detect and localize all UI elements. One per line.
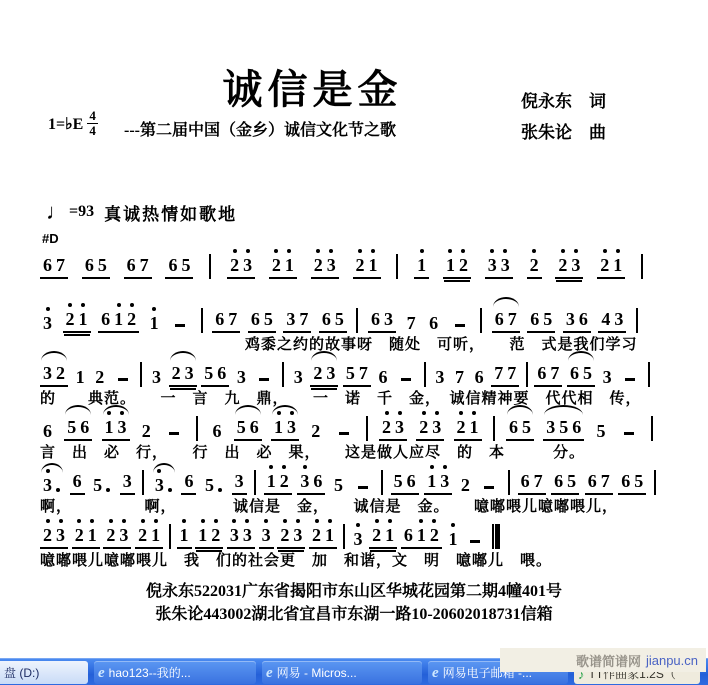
- note-digit: 2: [41, 526, 54, 545]
- octave-dot: [46, 307, 50, 311]
- note-group: 3: [291, 368, 306, 387]
- address-line-1: 倪永东522031广东省揭阳市东山区华城花园第二期4幢401号: [0, 580, 708, 603]
- note-digit: 3: [351, 530, 364, 549]
- note-digit: 6: [577, 310, 590, 329]
- address-line-2: 张朱论443002湖北省宜昌市东湖一路10-20602018731信箱: [0, 603, 708, 626]
- note-digit: 7: [453, 368, 466, 387]
- duration-dash: [624, 432, 634, 435]
- note-digit: 6: [507, 418, 520, 437]
- note-digit: 5: [632, 472, 645, 491]
- note-digit: 7: [405, 314, 418, 333]
- time-signature: 4 4: [87, 110, 98, 137]
- octave-dot: [420, 249, 424, 253]
- note-line: 32123235633235763767767653: [40, 363, 652, 387]
- octave-dot: [435, 411, 439, 415]
- note-group: [253, 378, 275, 387]
- note-digit: 6: [619, 472, 632, 491]
- duration-dash: [169, 432, 179, 435]
- note-digit: 1: [367, 256, 380, 275]
- duration-dash: [259, 378, 269, 381]
- time-signature-bottom: 4: [89, 124, 96, 137]
- lyric-line: 噫嘟喂儿噫嘟喂儿 我 们的社会更 加 和谐，文 明 噫嘟儿 喂。: [40, 553, 658, 570]
- note-group: [478, 486, 500, 495]
- octave-dot: [68, 303, 72, 307]
- note-group: [333, 432, 355, 441]
- barline: [508, 470, 510, 495]
- note-digit: 7: [548, 364, 561, 383]
- octave-dot: [117, 303, 121, 307]
- note-digit: 6: [125, 256, 138, 275]
- note-group: 6: [40, 422, 55, 441]
- note-digit: 2: [311, 364, 324, 383]
- barline: [636, 308, 638, 333]
- note-digit: 2: [598, 256, 611, 275]
- octave-dot: [122, 519, 126, 523]
- note-digit: 2: [309, 422, 322, 441]
- note-digit: 6: [166, 256, 179, 275]
- octave-dot: [107, 411, 111, 415]
- note-digit: 2: [140, 422, 153, 441]
- note-group: 65: [506, 418, 534, 441]
- note-digit: 1: [323, 526, 336, 545]
- note-digit: 1: [148, 314, 161, 333]
- note-group: 21: [597, 256, 625, 279]
- note-group: 3: [259, 526, 274, 549]
- octave-dot: [432, 519, 436, 523]
- octave-dot: [90, 519, 94, 523]
- note-group: 36: [563, 310, 591, 333]
- song-subtitle: ---第二届中国（金乡）诚信文化节之歌: [124, 117, 396, 140]
- quarter-note-icon: ♩: [46, 199, 68, 225]
- octave-dot: [398, 411, 402, 415]
- note-group: 7: [452, 368, 467, 387]
- octave-dot: [329, 249, 333, 253]
- note-digit: 2: [170, 364, 183, 383]
- note-group: [395, 378, 417, 387]
- note-group: 5: [594, 422, 609, 441]
- watermark-site-name: 歌谱简谱网: [576, 651, 641, 670]
- octave-dot: [296, 519, 300, 523]
- octave-dot: [388, 519, 392, 523]
- octave-dot: [448, 249, 452, 253]
- octave-dot: [419, 519, 423, 523]
- note-group: [163, 432, 185, 441]
- note-digit: 5: [65, 418, 78, 437]
- note-digit: 1: [283, 256, 296, 275]
- note-group: [464, 540, 486, 549]
- note-group: 612: [401, 526, 442, 549]
- key-signature: 1=♭E 4 4: [48, 110, 98, 137]
- note-group: 37: [283, 310, 311, 333]
- octave-dot: [356, 523, 360, 527]
- barline: [641, 254, 643, 279]
- note-digit: 1: [77, 310, 90, 329]
- note-digit: 7: [505, 364, 518, 383]
- note-digit: 2: [93, 368, 106, 387]
- note-group: 32: [40, 364, 68, 387]
- note-digit: 6: [83, 256, 96, 275]
- duration-dash: [455, 324, 465, 327]
- note-digit: 3: [499, 256, 512, 275]
- note-digit: 3: [486, 256, 499, 275]
- note-group: 21: [72, 526, 100, 549]
- note-digit: 1: [103, 418, 116, 437]
- octave-dot: [245, 519, 249, 523]
- octave-dot: [561, 249, 565, 253]
- taskbar-button-label: hao123--我的...: [109, 664, 191, 681]
- augmentation-dot: [168, 488, 172, 492]
- score-body: #D 6765676523212321112332232132161216765…: [40, 231, 658, 570]
- note-group: 6: [426, 314, 441, 333]
- note-digit: 6: [586, 472, 599, 491]
- note-group: 5: [90, 476, 114, 495]
- note-digit: 5: [581, 364, 594, 383]
- note-group: 2: [458, 476, 473, 495]
- note-digit: 1: [447, 530, 460, 549]
- note-digit: 4: [599, 310, 612, 329]
- note-digit: 1: [425, 472, 438, 491]
- note-group: 5: [331, 476, 346, 495]
- note-digit: 1: [415, 256, 428, 275]
- note-digit: 6: [41, 422, 54, 441]
- duration-dash: [484, 486, 494, 489]
- note-digit: 3: [544, 418, 557, 437]
- octave-dot: [141, 519, 145, 523]
- note-group: 21: [63, 310, 91, 333]
- note-digit: 6: [427, 314, 440, 333]
- note-group: 21: [369, 526, 397, 549]
- lyric-line: 言 出 必 行， 行 出 必 果， 这是做人应尽 的 本 分。: [40, 445, 658, 462]
- taskbar-button-1[interactable]: 盘 (D:): [0, 661, 88, 684]
- taskbar-button-2[interactable]: ehao123--我的...: [94, 661, 256, 684]
- note-group: 1: [414, 256, 429, 279]
- note-digit: 3: [228, 526, 241, 545]
- note-group: [112, 378, 134, 387]
- octave-dot: [152, 307, 156, 311]
- octave-dot: [443, 465, 447, 469]
- duration-dash: [339, 432, 349, 435]
- note-digit: 1: [272, 418, 285, 437]
- note-line: 2321232111233323213216121: [40, 525, 502, 549]
- barline: [396, 254, 398, 279]
- note-digit: 5: [565, 472, 578, 491]
- note-digit: 3: [116, 418, 129, 437]
- note-group: 23: [227, 256, 255, 279]
- note-line: 67656765232123211123322321: [40, 255, 645, 279]
- octave-dot: [430, 465, 434, 469]
- note-group: 13: [424, 472, 452, 495]
- barline: [196, 416, 198, 441]
- note-digit: 6: [320, 310, 333, 329]
- note-digit: 7: [599, 472, 612, 491]
- note-digit: 3: [241, 256, 254, 275]
- note-digit: 5: [333, 310, 346, 329]
- note-digit: 5: [541, 310, 554, 329]
- barline: [651, 416, 653, 441]
- note-group: 3: [152, 476, 176, 495]
- note-digit: 7: [138, 256, 151, 275]
- note-group: 12: [264, 472, 292, 495]
- composer-credit: 张朱论 曲: [521, 117, 606, 148]
- note-group: 67: [534, 364, 562, 387]
- note-group: 43: [598, 310, 626, 333]
- time-signature-top: 4: [87, 110, 98, 124]
- note-group: 6: [376, 368, 391, 387]
- note-group: 65: [527, 310, 555, 333]
- note-digit: 3: [150, 368, 163, 387]
- octave-dot: [269, 465, 273, 469]
- octave-dot: [358, 249, 362, 253]
- note-group: 65: [567, 364, 595, 387]
- note-group: 3: [234, 368, 249, 387]
- note-digit: 2: [228, 256, 241, 275]
- note-digit: 3: [117, 526, 130, 545]
- note-digit: 7: [492, 364, 505, 383]
- note-digit: 6: [311, 472, 324, 491]
- ie-icon: e: [98, 666, 105, 680]
- taskbar-button-label: 盘 (D:): [4, 664, 39, 681]
- note-digit: 6: [568, 364, 581, 383]
- barline: [169, 524, 171, 549]
- note-group: 23: [555, 256, 583, 279]
- note-digit: 6: [211, 422, 224, 441]
- note-digit: 3: [324, 364, 337, 383]
- note-digit: 6: [182, 472, 195, 491]
- final-barline: [492, 524, 500, 549]
- note-digit: 1: [74, 368, 87, 387]
- note-group: 65: [248, 310, 276, 333]
- note-group: 3: [232, 472, 247, 495]
- note-digit: 3: [393, 418, 406, 437]
- barline: [526, 362, 528, 387]
- note-group: 21: [454, 418, 482, 441]
- note-group: [618, 432, 640, 441]
- note-digit: 1: [468, 418, 481, 437]
- octave-dot: [120, 411, 124, 415]
- note-group: 5: [202, 476, 226, 495]
- note-digit: 7: [297, 310, 310, 329]
- note-group: 23: [277, 526, 305, 549]
- note-group: 356: [543, 418, 584, 441]
- note-digit: 2: [528, 256, 541, 275]
- octave-dot: [201, 519, 205, 523]
- note-digit: 2: [136, 526, 149, 545]
- tempo-value: =93: [69, 203, 94, 221]
- octave-dot: [616, 249, 620, 253]
- note-digit: 2: [380, 418, 393, 437]
- note-digit: 1: [196, 526, 209, 545]
- note-digit: 3: [292, 368, 305, 387]
- barline: [201, 308, 203, 333]
- octave-dot: [264, 519, 268, 523]
- note-digit: 2: [556, 256, 569, 275]
- note-group: 21: [135, 526, 163, 549]
- note-digit: 5: [262, 310, 275, 329]
- note-group: 67: [585, 472, 613, 495]
- note-digit: 3: [241, 526, 254, 545]
- note-digit: 6: [369, 310, 382, 329]
- note-digit: 1: [383, 526, 396, 545]
- note-group: 6: [210, 422, 225, 441]
- note-group: 23: [103, 526, 131, 549]
- note-digit: 2: [459, 476, 472, 495]
- note-digit: 6: [99, 310, 112, 329]
- note-group: 1: [73, 368, 88, 387]
- expression-text: 真诚热情如歌地: [104, 200, 237, 225]
- note-digit: 6: [71, 472, 84, 491]
- note-digit: 2: [312, 256, 325, 275]
- lyric-line: 啊， 啊， 诚信是 金， 诚信是 金。 噫嘟喂儿噫嘟喂儿，: [40, 499, 658, 516]
- note-digit: 3: [433, 368, 446, 387]
- note-digit: 2: [457, 256, 470, 275]
- note-group: [449, 324, 471, 333]
- note-line: 321612167653765637667653643: [40, 309, 640, 333]
- duration-dash: [358, 486, 368, 489]
- lyric-line: 鸡黍之约的故事呀 随处 可听， 范 式是我们学习: [245, 337, 658, 354]
- note-line: 656132656132232321653565: [40, 417, 655, 441]
- barline: [140, 362, 142, 387]
- barline: [424, 362, 426, 387]
- note-digit: 5: [235, 418, 248, 437]
- note-group: 2: [139, 422, 154, 441]
- note-digit: 2: [278, 526, 291, 545]
- duration-dash: [470, 540, 480, 543]
- octave-dot: [490, 249, 494, 253]
- octave-dot: [316, 249, 320, 253]
- note-group: 63: [368, 310, 396, 333]
- note-digit: 2: [73, 526, 86, 545]
- note-group: 67: [518, 472, 546, 495]
- ie-icon: e: [432, 666, 439, 680]
- note-digit: 1: [112, 310, 125, 329]
- key-text: 1=♭E: [48, 114, 83, 134]
- octave-dot: [77, 519, 81, 523]
- note-digit: 7: [532, 472, 545, 491]
- note-group: 23: [169, 364, 197, 387]
- note-digit: 3: [438, 472, 451, 491]
- note-digit: 6: [528, 310, 541, 329]
- note-group: 12: [443, 256, 471, 279]
- note-digit: 2: [354, 256, 367, 275]
- ie-icon: e: [266, 666, 273, 680]
- octave-dot: [303, 465, 307, 469]
- note-group: 23: [310, 364, 338, 387]
- octave-dot: [130, 303, 134, 307]
- note-digit: 1: [86, 526, 99, 545]
- note-group: 65: [551, 472, 579, 495]
- barline: [343, 524, 345, 549]
- barline: [282, 362, 284, 387]
- octave-dot: [46, 469, 50, 473]
- taskbar-button-3[interactable]: e网易 - Micros...: [262, 661, 422, 684]
- note-group: 3: [350, 530, 365, 549]
- note-group: 6: [181, 472, 196, 495]
- note-digit: 5: [520, 418, 533, 437]
- note-digit: 2: [125, 310, 138, 329]
- barline: [142, 470, 144, 495]
- note-digit: 5: [595, 422, 608, 441]
- note-digit: 3: [564, 310, 577, 329]
- octave-dot: [459, 411, 463, 415]
- duration-dash: [175, 324, 185, 327]
- note-digit: 5: [202, 364, 215, 383]
- octave-dot: [232, 519, 236, 523]
- note-digit: 1: [415, 526, 428, 545]
- note-digit: 3: [41, 364, 54, 383]
- note-group: 65: [618, 472, 646, 495]
- note-digit: 5: [392, 472, 405, 491]
- octave-dot: [246, 249, 250, 253]
- note-group: 36: [297, 472, 325, 495]
- note-group: 57: [343, 364, 371, 387]
- octave-dot: [157, 469, 161, 473]
- octave-dot: [81, 303, 85, 307]
- note-digit: 3: [382, 310, 395, 329]
- barline: [356, 308, 358, 333]
- note-group: 612: [98, 310, 139, 333]
- note-digit: 6: [402, 526, 415, 545]
- note-digit: 3: [284, 310, 297, 329]
- note-digit: 2: [54, 364, 67, 383]
- note-group: 23: [40, 526, 68, 549]
- note-digit: 6: [493, 310, 506, 329]
- octave-dot: [214, 519, 218, 523]
- note-digit: 3: [183, 364, 196, 383]
- note-group: 21: [309, 526, 337, 549]
- note-digit: 1: [611, 256, 624, 275]
- note-group: 2: [308, 422, 323, 441]
- octave-dot: [274, 249, 278, 253]
- octave-dot: [503, 249, 507, 253]
- lyricist-credit: 倪永东 词: [521, 86, 606, 117]
- note-digit: 6: [377, 368, 390, 387]
- octave-dot: [154, 519, 158, 523]
- octave-dot: [46, 519, 50, 523]
- score-lines: 6765676523212321112332232132161216765376…: [40, 255, 658, 570]
- note-digit: 3: [601, 368, 614, 387]
- note-digit: 1: [149, 526, 162, 545]
- octave-dot: [328, 519, 332, 523]
- note-group: 1: [177, 526, 192, 549]
- note-digit: 2: [417, 418, 430, 437]
- octave-dot: [290, 411, 294, 415]
- barline: [381, 470, 383, 495]
- note-group: 3: [149, 368, 164, 387]
- note-digit: 5: [91, 476, 104, 495]
- note-digit: 5: [344, 364, 357, 383]
- octave-dot: [233, 249, 237, 253]
- note-group: 1: [446, 530, 461, 549]
- barline: [648, 362, 650, 387]
- octave-dot: [277, 411, 281, 415]
- barline: [480, 308, 482, 333]
- note-digit: 2: [278, 472, 291, 491]
- note-group: 56: [234, 418, 262, 441]
- octave-dot: [385, 411, 389, 415]
- note-digit: 3: [291, 526, 304, 545]
- note-digit: 3: [153, 476, 166, 495]
- octave-dot: [603, 249, 607, 253]
- note-group: [619, 378, 641, 387]
- note-group: 3: [120, 472, 135, 495]
- octave-dot: [287, 249, 291, 253]
- note-digit: 3: [612, 310, 625, 329]
- note-digit: 1: [444, 256, 457, 275]
- note-group: 6: [472, 368, 487, 387]
- note-group: 67: [212, 310, 240, 333]
- note-group: 23: [416, 418, 444, 441]
- note-digit: 2: [455, 418, 468, 437]
